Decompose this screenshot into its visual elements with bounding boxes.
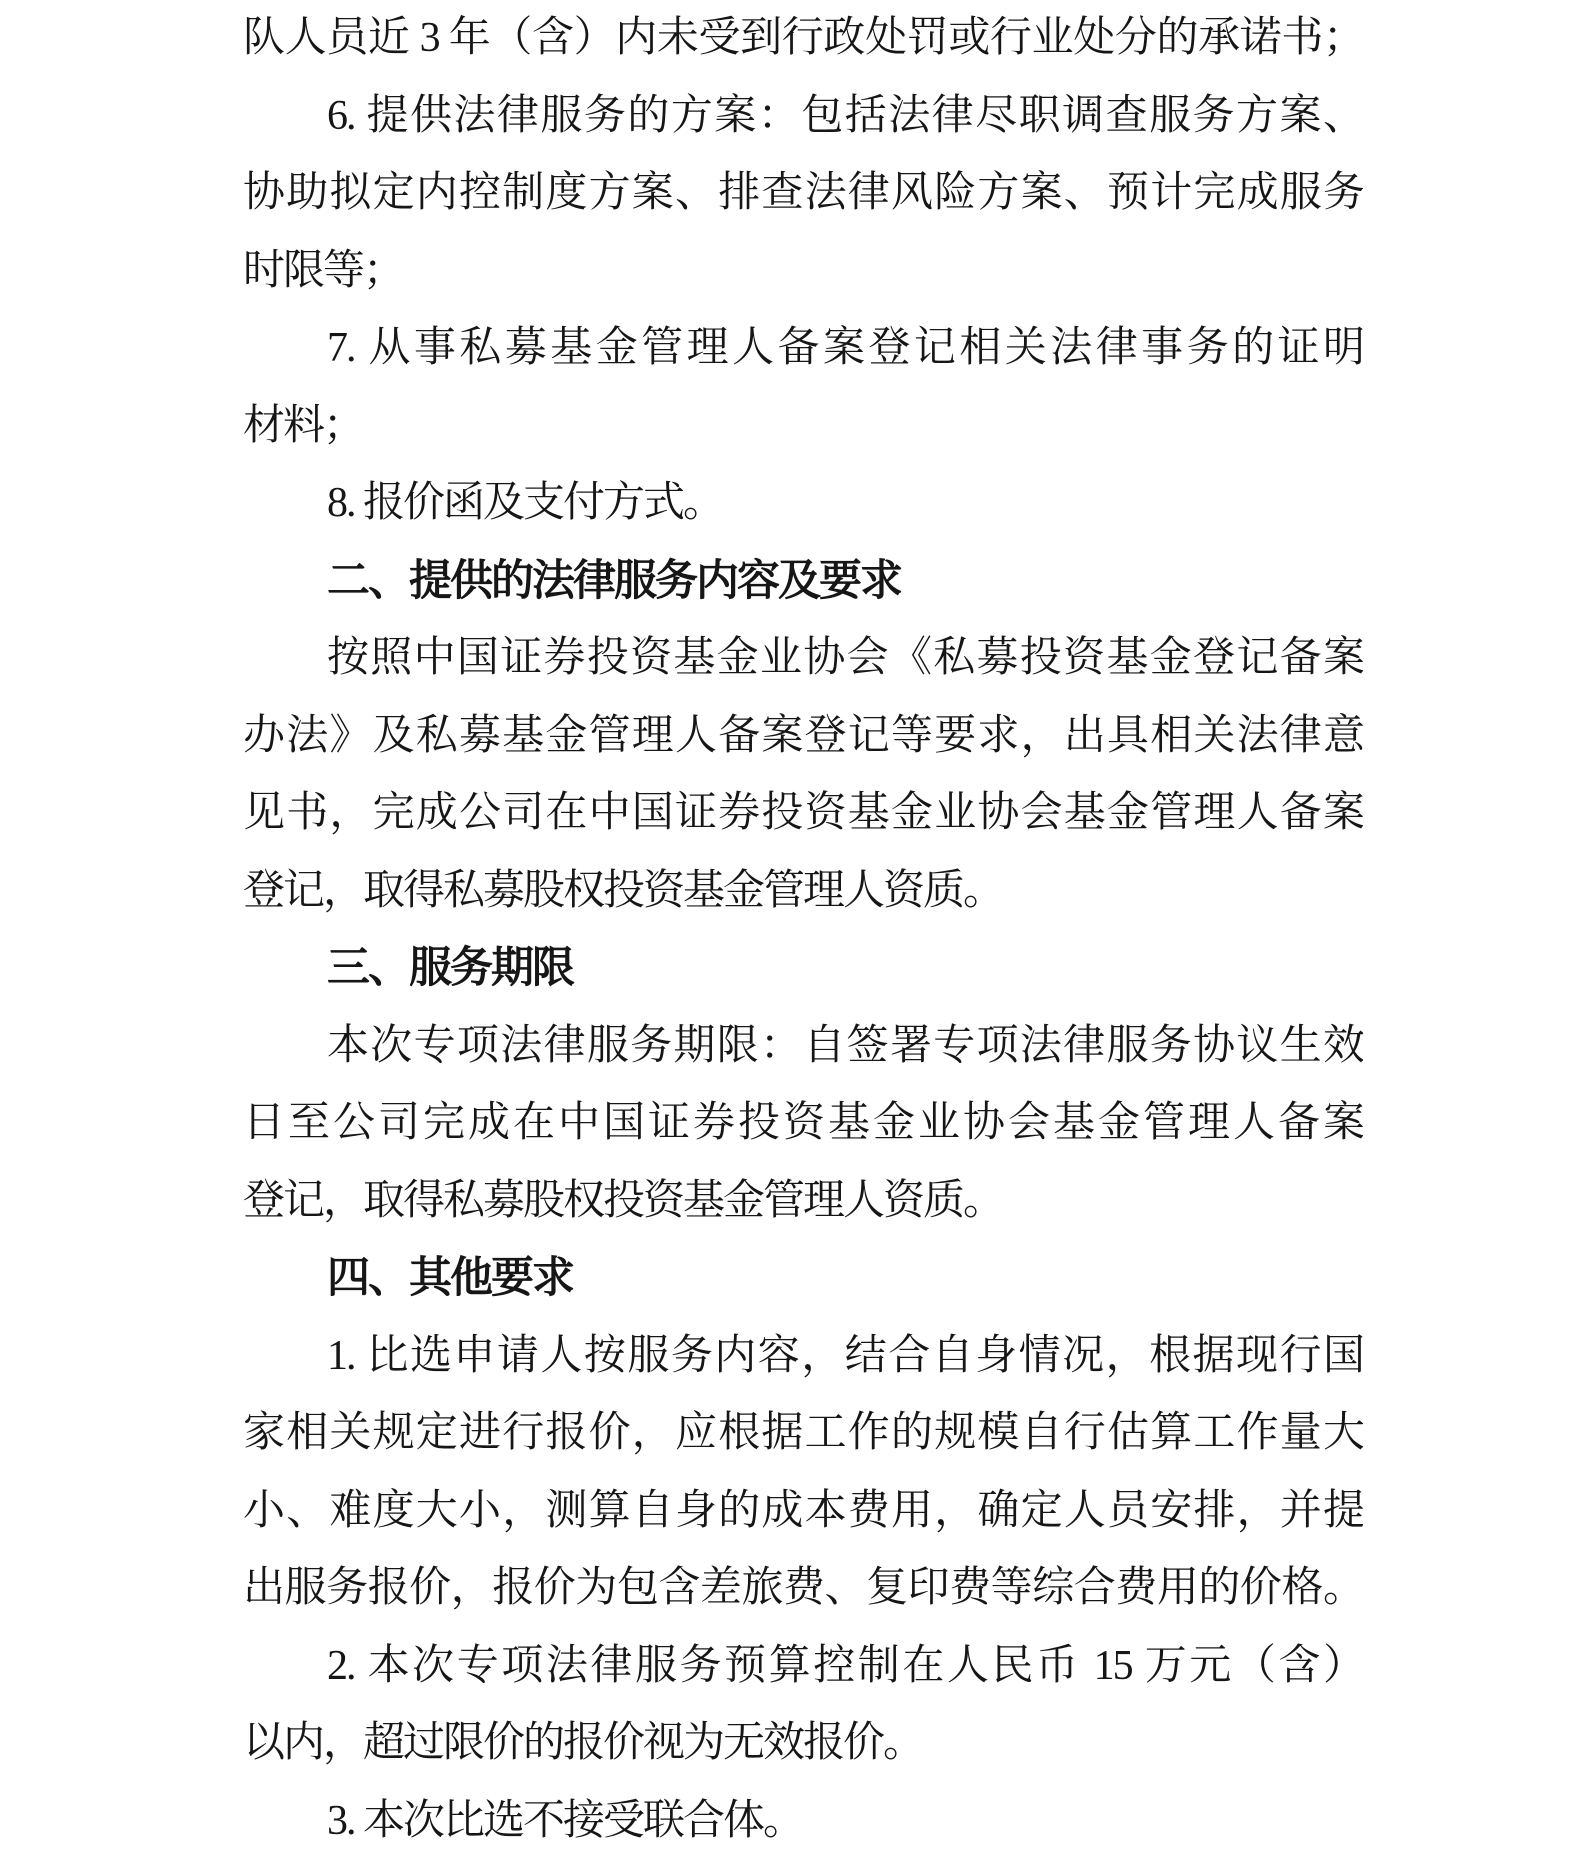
text-line: 小、难度大小，测算自身的成本费用，确定人员安排，并提: [243, 1473, 1363, 1551]
text-line: 1. 比选申请人按服务内容，结合自身情况，根据现行国: [243, 1318, 1363, 1396]
text-line: 2. 本次专项法律服务预算控制在人民币 15 万元（含）: [243, 1628, 1363, 1706]
text-line: 队人员近 3 年（含）内未受到行政处罚或行业处分的承诺书；: [243, 0, 1363, 78]
section-heading: 三、服务期限: [243, 930, 1363, 1008]
text-line: 7. 从事私募基金管理人备案登记相关法律事务的证明: [243, 310, 1363, 388]
text-line: 本次专项法律服务期限：自签署专项法律服务协议生效: [243, 1008, 1363, 1086]
text-line: 家相关规定进行报价，应根据工作的规模自行估算工作量大: [243, 1395, 1363, 1473]
section-heading: 二、提供的法律服务内容及要求: [243, 543, 1363, 621]
section-heading: 四、其他要求: [243, 1240, 1363, 1318]
text-line: 时限等；: [243, 233, 1363, 311]
text-line: 见书，完成公司在中国证券投资基金业协会基金管理人备案: [243, 775, 1363, 853]
text-line: 协助拟定内控制度方案、排查法律风险方案、预计完成服务: [243, 155, 1363, 233]
text-line: 8. 报价函及支付方式。: [243, 465, 1363, 543]
text-line: 办法》及私募基金管理人备案登记等要求，出具相关法律意: [243, 698, 1363, 776]
text-line: 登记，取得私募股权投资基金管理人资质。: [243, 1163, 1363, 1241]
document-page: 队人员近 3 年（含）内未受到行政处罚或行业处分的承诺书； 6. 提供法律服务的…: [0, 0, 1583, 1865]
text-line: 按照中国证券投资基金业协会《私募投资基金登记备案: [243, 620, 1363, 698]
text-line: 3. 本次比选不接受联合体。: [243, 1783, 1363, 1861]
text-line: 材料；: [243, 388, 1363, 466]
text-line: 登记，取得私募股权投资基金管理人资质。: [243, 853, 1363, 931]
text-line: 6. 提供法律服务的方案：包括法律尽职调查服务方案、: [243, 78, 1363, 156]
text-line: 以内，超过限价的报价视为无效报价。: [243, 1705, 1363, 1783]
text-line: 日至公司完成在中国证券投资基金业协会基金管理人备案: [243, 1085, 1363, 1163]
document-body: 队人员近 3 年（含）内未受到行政处罚或行业处分的承诺书； 6. 提供法律服务的…: [243, 0, 1363, 1860]
text-line: 出服务报价，报价为包含差旅费、复印费等综合费用的价格。: [243, 1550, 1363, 1628]
